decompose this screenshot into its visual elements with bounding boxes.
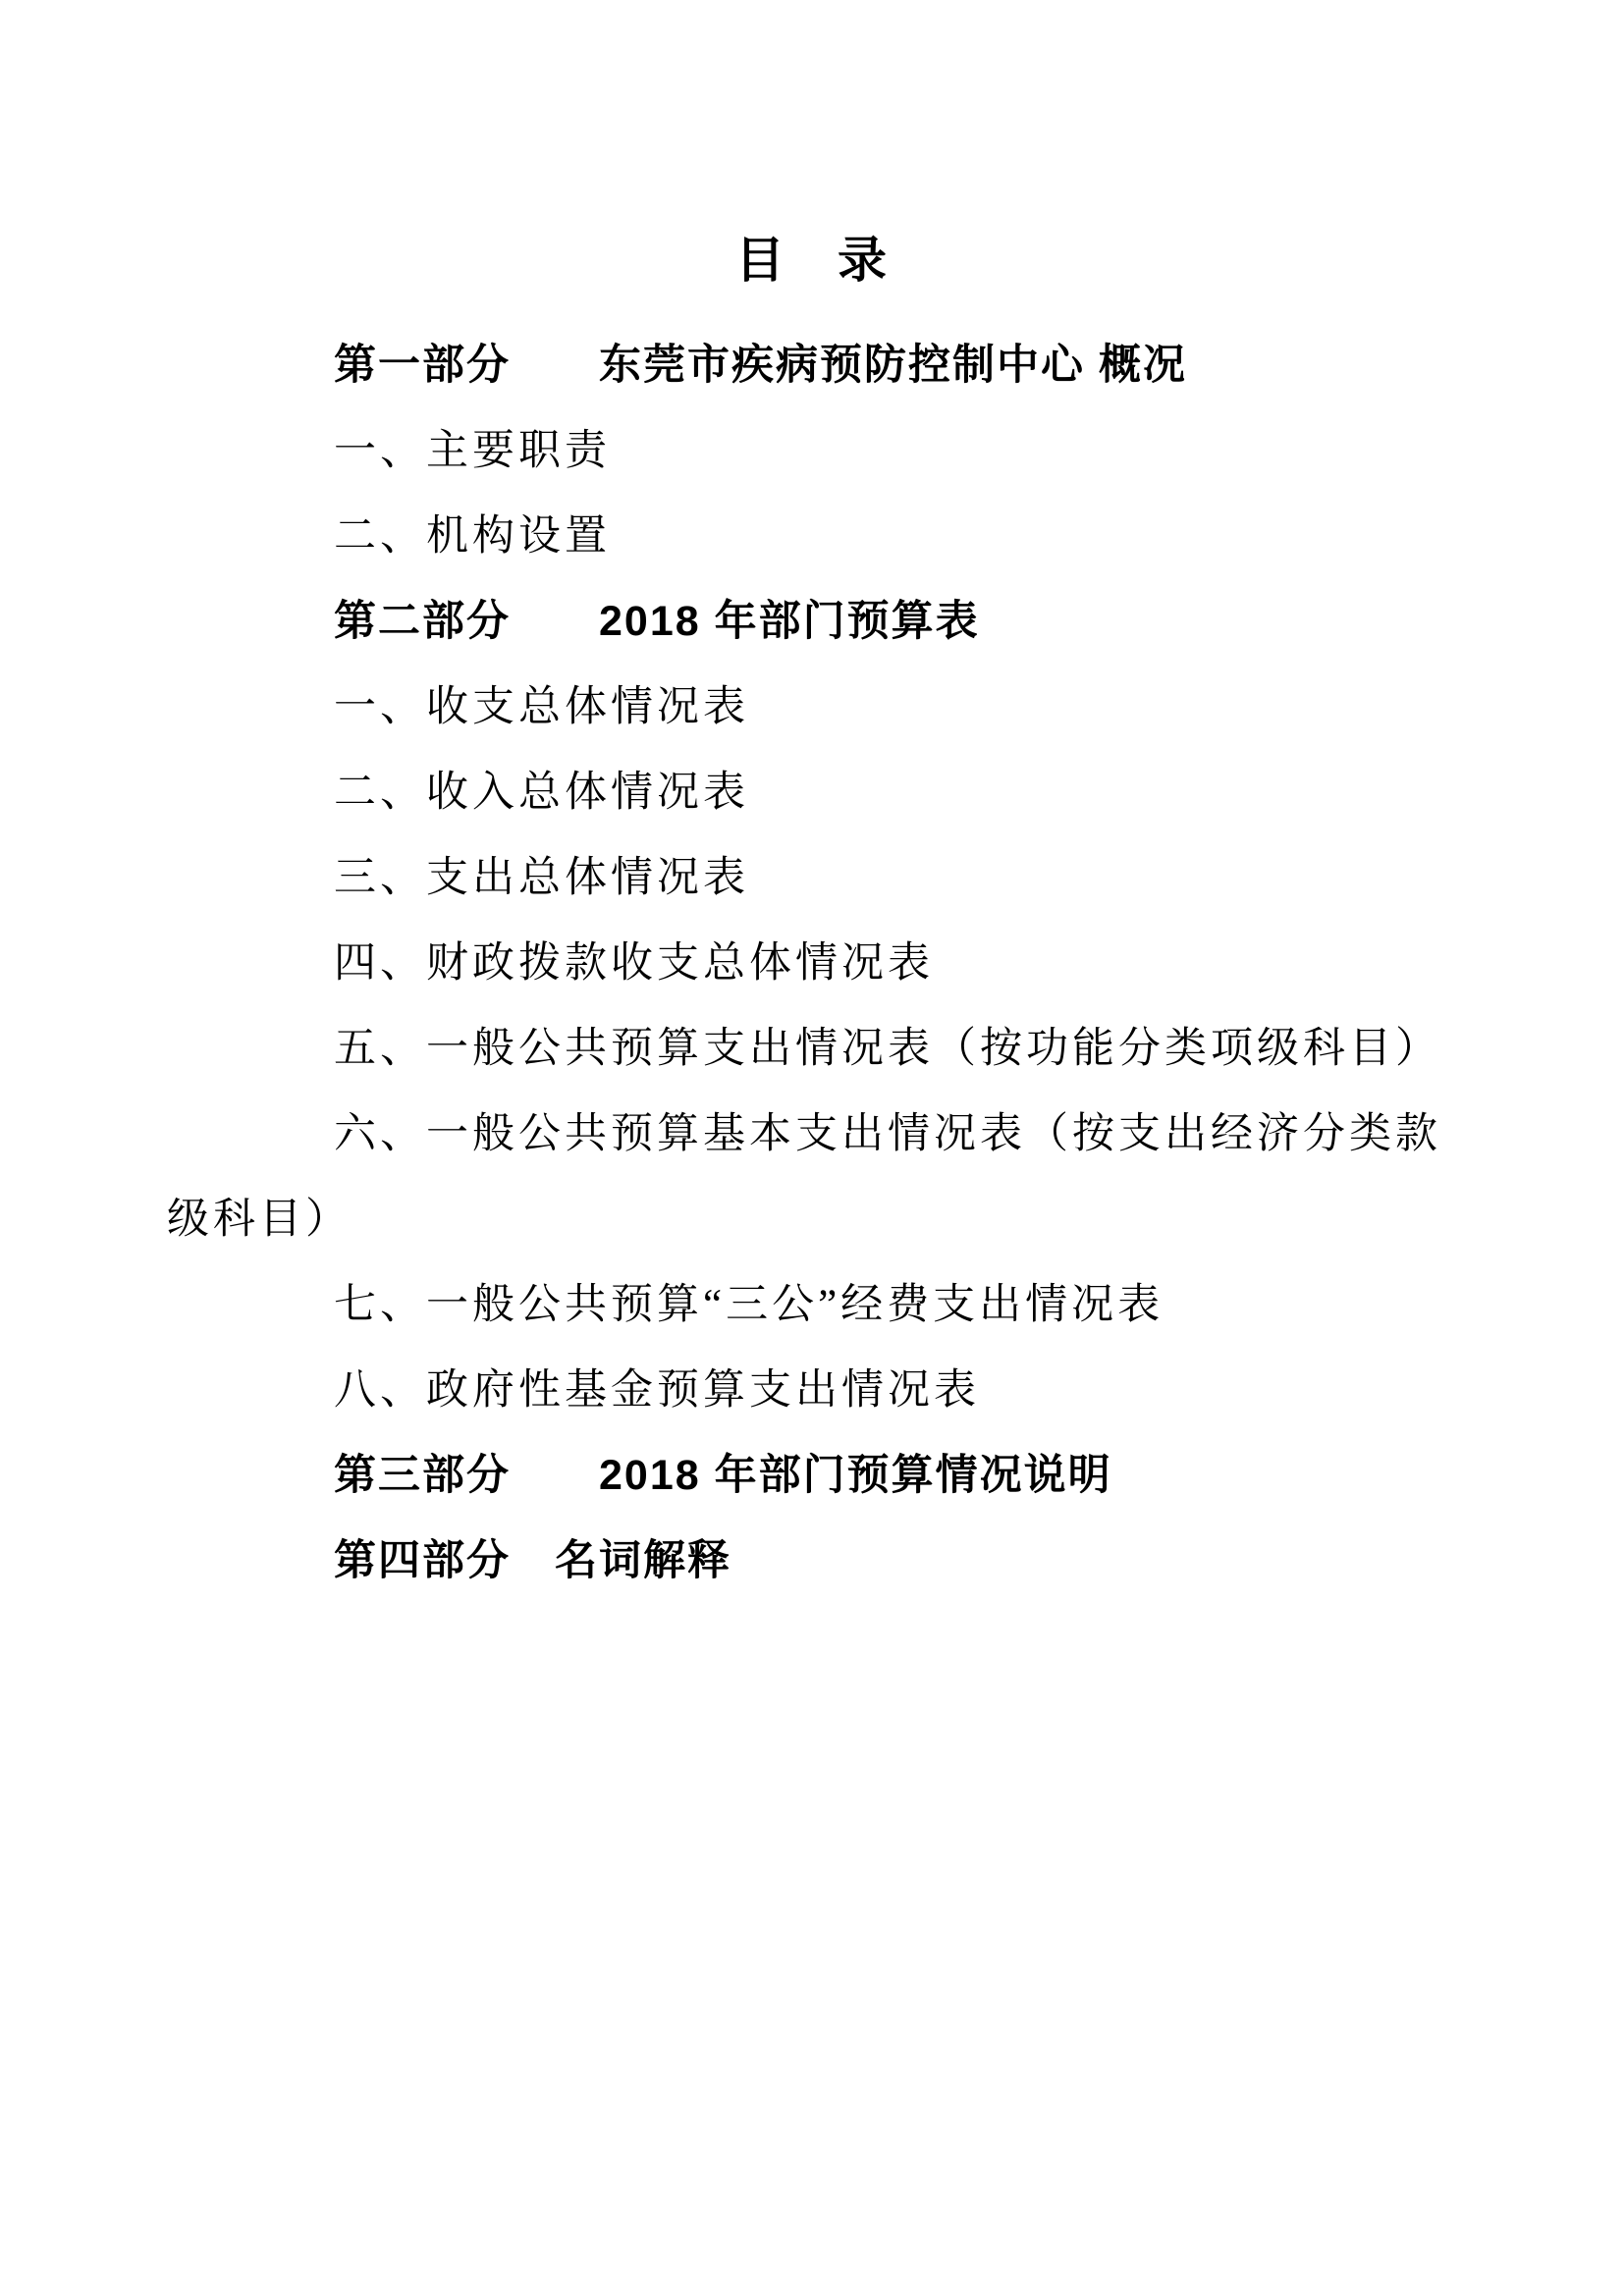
toc-item: 六、一般公共预算基本支出情况表（按支出经济分类款 (167, 1092, 1457, 1177)
toc-item: 七、一般公共预算“三公”经费支出情况表 (167, 1262, 1457, 1348)
toc-item: 二、收入总体情况表 (167, 750, 1457, 835)
toc-heading: 第一部分 东莞市疾病预防控制中心 概况 (167, 323, 1457, 408)
toc-item: 一、主要职责 (167, 408, 1457, 494)
toc-heading: 第三部分 2018 年部门预算情况说明 (167, 1433, 1457, 1519)
toc-item: 八、政府性基金预算支出情况表 (167, 1348, 1457, 1433)
document-title: 目 录 (167, 218, 1457, 303)
table-of-contents: 第一部分 东莞市疾病预防控制中心 概况一、主要职责二、机构设置第二部分 2018… (167, 323, 1457, 1604)
toc-item: 二、机构设置 (167, 494, 1457, 579)
toc-item: 四、财政拨款收支总体情况表 (167, 921, 1457, 1006)
toc-item: 三、支出总体情况表 (167, 835, 1457, 921)
toc-continuation: 级科目） (167, 1177, 1457, 1262)
toc-item: 五、一般公共预算支出情况表（按功能分类项级科目） (167, 1006, 1457, 1092)
toc-item: 一、收支总体情况表 (167, 665, 1457, 750)
toc-heading: 第四部分 名词解释 (167, 1519, 1457, 1604)
toc-heading: 第二部分 2018 年部门预算表 (167, 579, 1457, 665)
document-page: 目 录 第一部分 东莞市疾病预防控制中心 概况一、主要职责二、机构设置第二部分 … (0, 0, 1624, 2296)
document-content: 目 录 第一部分 东莞市疾病预防控制中心 概况一、主要职责二、机构设置第二部分 … (167, 218, 1457, 1604)
